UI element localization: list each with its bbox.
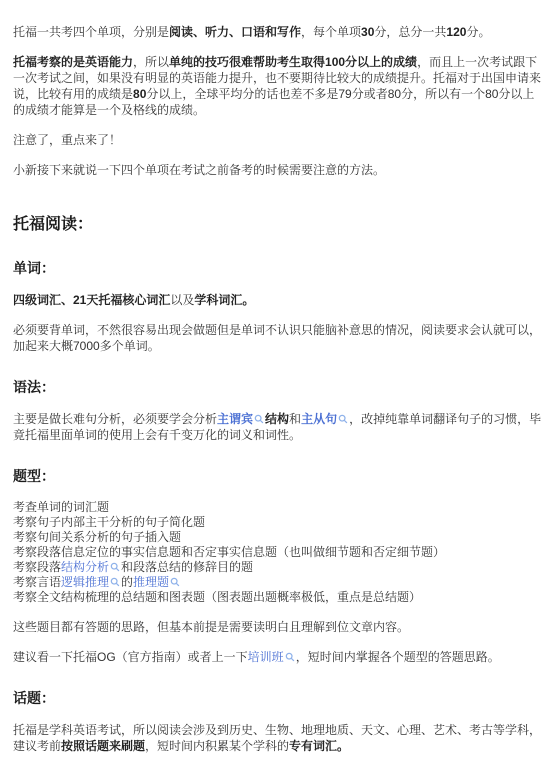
text-run: 考察句子内部主干分析的句子简化题 (13, 515, 205, 529)
text-run: 语法： (13, 379, 55, 395)
search-icon (170, 575, 180, 590)
bold-text-run: 四级词汇、21天托福核心词汇 (13, 293, 170, 307)
search-icon (110, 575, 120, 590)
text-run: 考察段落信息定位的事实信息题和否定事实信息题（也叫做细节题和否定细节题） (13, 545, 445, 559)
text-run: 必须要背单词，不然很容易出现会做题但是单词不认识只能脑补意思的情况，阅读要求会认… (13, 323, 541, 353)
text-run: 单词： (13, 260, 55, 276)
text-run: 分。 (466, 25, 490, 39)
text-run: 考察言语 (13, 575, 61, 589)
bold-text-run: 80 (133, 87, 146, 101)
text-run: ，每个单项 (301, 25, 361, 39)
search-term-link[interactable]: 结构分析 (61, 560, 121, 574)
paragraph: 四级词汇、21天托福核心词汇以及学科词汇。 (13, 292, 543, 308)
text-run: ，短时间内积累某个学科的 (145, 739, 289, 753)
text-run: 话题： (13, 690, 55, 706)
bold-text-run: 单纯的技巧很难帮助考生取得100分以上的成绩 (169, 55, 417, 69)
paragraph: 建议看一下托福OG（官方指南）或者上一下培训班，短时间内掌握各个题型的答题思路。 (13, 649, 543, 665)
text-run: 建议看一下托福OG（官方指南）或者上一下 (13, 650, 248, 664)
paragraph: 托福考察的是英语能力，所以单纯的技巧很难帮助考生取得100分以上的成绩，而且上一… (13, 54, 543, 118)
list-item: 考察言语逻辑推理的推理题 (13, 575, 543, 590)
text-run: 以及 (170, 293, 194, 307)
text-run: 这些题目都有答题的思路，但基本前提是需要读明白且理解到位文章内容。 (13, 620, 409, 634)
text-run: 主要是做长难句分析，必须要学会分析 (13, 412, 217, 426)
subsection-heading: 单词： (13, 259, 543, 278)
text-run: 和 (289, 412, 301, 426)
text-run: 小新接下来就说一下四个单项在考试之前备考的时候需要注意的方法。 (13, 163, 385, 177)
text-run: 考察句间关系分析的句子插入题 (13, 530, 181, 544)
search-icon (285, 649, 295, 665)
paragraph: 托福一共考四个单项，分别是阅读、听力、口语和写作，每个单项30分，总分一共120… (13, 24, 543, 40)
paragraph: 主要是做长难句分析，必须要学会分析主谓宾结构和主从句，改掉纯靠单词翻译句子的习惯… (13, 411, 543, 443)
list-item: 考察全文结构梳理的总结题和图表题（图表题出题概率极低，重点是总结题） (13, 590, 543, 605)
article-body: 托福一共考四个单项，分别是阅读、听力、口语和写作，每个单项30分，总分一共120… (0, 0, 556, 782)
bold-text-run: 30 (361, 25, 374, 39)
subsection-heading: 话题： (13, 689, 543, 708)
text-run: 注意了，重点来了！ (13, 133, 121, 147)
paragraph: 小新接下来就说一下四个单项在考试之前备考的时候需要注意的方法。 (13, 162, 543, 178)
search-term-link[interactable]: 主从句 (301, 412, 349, 426)
bold-text-run: 学科词汇。 (194, 293, 254, 307)
section-heading: 托福阅读： (13, 214, 543, 235)
search-icon (110, 560, 120, 575)
text-run: 的 (121, 575, 133, 589)
text-run: 分，总分一共 (374, 25, 446, 39)
paragraph: 注意了，重点来了！ (13, 132, 543, 148)
paragraph: 托福是学科英语考试，所以阅读会涉及到历史、生物、地理地质、天文、心理、艺术、考古… (13, 722, 543, 754)
text-run: 考察全文结构梳理的总结题和图表题（图表题出题概率极低，重点是总结题） (13, 590, 421, 604)
bold-text-run: 按照话题来刷题 (61, 739, 145, 753)
text-run: 题型： (13, 468, 55, 484)
paragraph: 必须要背单词，不然很容易出现会做题但是单词不认识只能脑补意思的情况，阅读要求会认… (13, 322, 543, 354)
search-icon (254, 411, 264, 427)
bold-text-run: 托福考察的是英语能力 (13, 55, 133, 69)
search-icon (338, 411, 348, 427)
bold-text-run: 结构 (265, 412, 289, 426)
list-item: 考察句间关系分析的句子插入题 (13, 530, 543, 545)
bold-text-run: 专有词汇。 (289, 739, 349, 753)
search-term-link[interactable]: 推理题 (133, 575, 181, 589)
list-item: 考察段落信息定位的事实信息题和否定事实信息题（也叫做细节题和否定细节题） (13, 545, 543, 560)
text-run: 考查单词的词汇题 (13, 500, 109, 514)
list-item: 考察段落结构分析和段落总结的修辞目的题 (13, 560, 543, 575)
subsection-heading: 语法： (13, 378, 543, 397)
question-type-list: 考查单词的词汇题考察句子内部主干分析的句子简化题考察句间关系分析的句子插入题考察… (13, 500, 543, 605)
text-run: 托福一共考四个单项，分别是 (13, 25, 169, 39)
bold-text-run: 阅读、听力、口语和写作 (169, 25, 301, 39)
text-run: 托福阅读： (13, 216, 93, 233)
paragraph: 这些题目都有答题的思路，但基本前提是需要读明白且理解到位文章内容。 (13, 619, 543, 635)
list-item: 考查单词的词汇题 (13, 500, 543, 515)
text-run: 考察段落 (13, 560, 61, 574)
subsection-heading: 题型： (13, 467, 543, 486)
search-term-link[interactable]: 逻辑推理 (61, 575, 121, 589)
search-term-link[interactable]: 培训班 (248, 650, 296, 664)
text-run: ，所以 (133, 55, 169, 69)
text-run: 和段落总结的修辞目的题 (121, 560, 253, 574)
text-run: ，短时间内掌握各个题型的答题思路。 (296, 650, 500, 664)
search-term-link[interactable]: 主谓宾 (217, 412, 265, 426)
list-item: 考察句子内部主干分析的句子简化题 (13, 515, 543, 530)
bold-text-run: 120 (446, 25, 466, 39)
